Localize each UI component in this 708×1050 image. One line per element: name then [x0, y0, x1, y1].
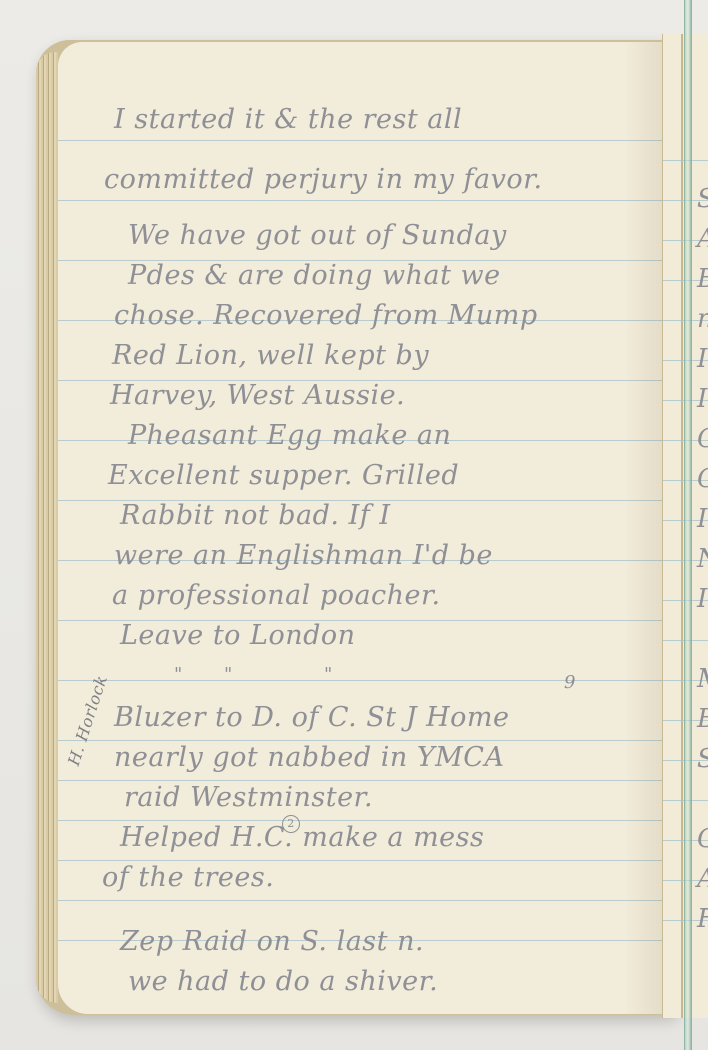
text-line: Excellent supper. Grilled: [108, 460, 459, 491]
superscript-mark: 9: [564, 672, 576, 693]
text-line: Pdes & are doing what we: [128, 260, 501, 291]
margin-note: H. Horlock: [64, 673, 111, 768]
text-line: nearly got nabbed in YMCA: [114, 742, 504, 773]
page-edges: [36, 52, 58, 1003]
notebook-page: I started it & the rest all committed pe…: [58, 42, 664, 1014]
text-line: We have got out of Sunday: [128, 220, 507, 251]
text-line: we had to do a shiver.: [128, 966, 438, 997]
text-line: a professional poacher.: [112, 580, 441, 611]
text-line: chose. Recovered from Mump: [114, 300, 538, 331]
text-line: Pheasant Egg make an: [128, 420, 451, 451]
text-line: I started it & the rest all: [114, 104, 462, 135]
text-line: Helped H.C. make a mess: [120, 822, 484, 853]
text-line: of the trees.: [102, 862, 274, 893]
ditto-mark: ": [324, 664, 333, 685]
text-line: Zep Raid on S. last n.: [120, 926, 424, 957]
text-line: Rabbit not bad. If I: [120, 500, 391, 531]
handwritten-text: I started it & the rest all committed pe…: [58, 42, 664, 1014]
glass-plate-edge: [684, 0, 692, 1050]
page-fold: [681, 34, 683, 1018]
text-line: were an Englishman I'd be: [114, 540, 493, 571]
ditto-mark: ": [174, 664, 183, 685]
text-line: Harvey, West Aussie.: [110, 380, 405, 411]
text-line: Leave to London: [120, 620, 356, 651]
circled-number: 2: [282, 815, 300, 833]
text-line: Red Lion, well kept by: [112, 340, 429, 371]
text-line: raid Westminster.: [124, 782, 373, 813]
text-line: Bluzer to D. of C. St J Home: [114, 702, 510, 733]
ditto-mark: ": [224, 664, 233, 685]
text-line: committed perjury in my favor.: [104, 164, 543, 195]
